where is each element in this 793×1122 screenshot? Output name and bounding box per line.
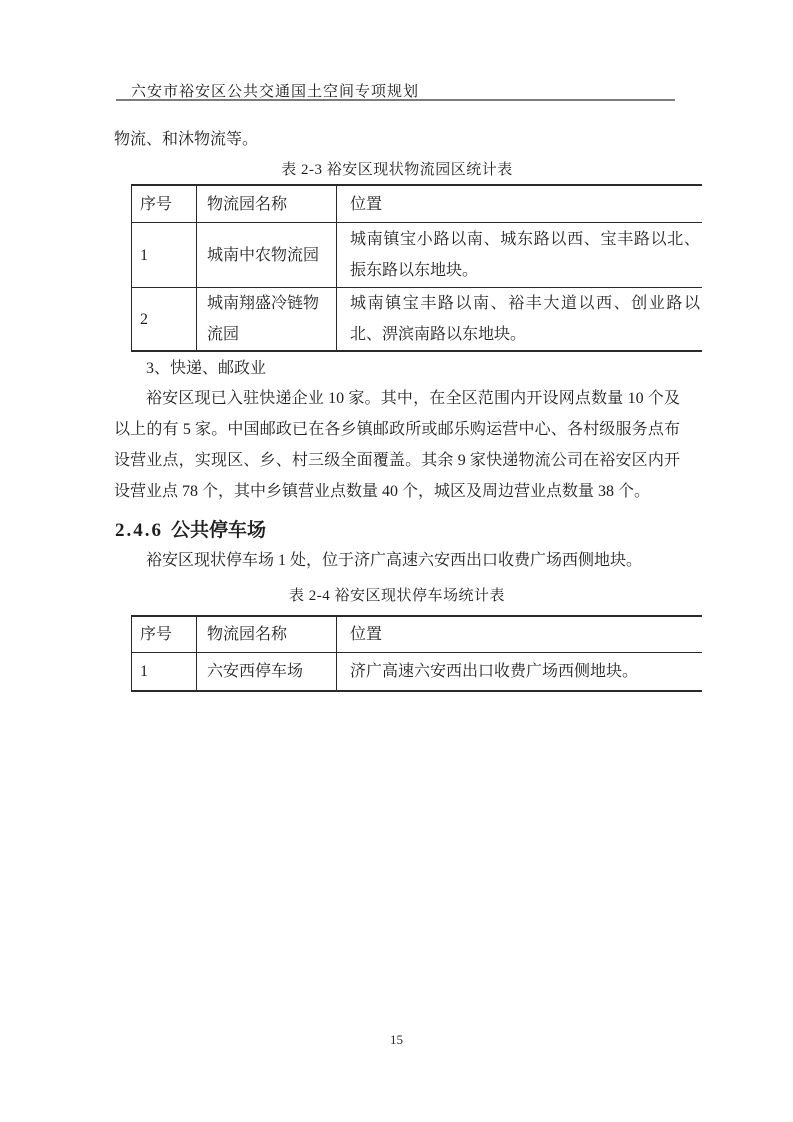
table-row: 1 城南中农物流园 城南镇宝小路以南、城东路以西、宝丰路以北、振东路以东地块。 [132, 223, 703, 288]
column-header-index: 序号 [132, 616, 197, 653]
table-header-row: 序号 物流园名称 位置 [132, 616, 703, 653]
cell-location: 城南镇宝丰路以南、裕丰大道以西、创业路以北、淠滨南路以东地块。 [337, 288, 703, 352]
subsection-title-express-postal: 3、快递、邮政业 [114, 355, 680, 383]
column-header-location: 位置 [337, 616, 703, 653]
column-header-park-name: 物流园名称 [197, 185, 337, 223]
cell-index: 1 [132, 223, 197, 288]
table-row: 1 六安西停车场 济广高速六安西出口收费广场西侧地块。 [132, 653, 703, 692]
page-number: 15 [0, 1032, 793, 1048]
table1-caption: 表 2-3 裕安区现状物流园区统计表 [114, 156, 680, 184]
column-header-index: 序号 [132, 185, 197, 223]
cell-index: 1 [132, 653, 197, 692]
page-content: 物流、和沐物流等。 表 2-3 裕安区现状物流园区统计表 序号 物流园名称 位置… [114, 124, 680, 692]
cell-park-name: 城南翔盛冷链物流园 [197, 288, 337, 352]
logistics-parks-table: 序号 物流园名称 位置 1 城南中农物流园 城南镇宝小路以南、城东路以西、宝丰路… [131, 184, 702, 352]
cell-location: 城南镇宝小路以南、城东路以西、宝丰路以北、振东路以东地块。 [337, 223, 703, 288]
cell-parking-name: 六安西停车场 [197, 653, 337, 692]
parking-lots-table: 序号 物流园名称 位置 1 六安西停车场 济广高速六安西出口收费广场西侧地块。 [131, 615, 702, 692]
table2-caption: 表 2-4 裕安区现状停车场统计表 [114, 582, 680, 610]
paragraph-express-postal: 裕安区现已入驻快递企业 10 家。其中，在全区范围内开设网点数量 10 个及以上… [114, 383, 680, 507]
table-row: 2 城南翔盛冷链物流园 城南镇宝丰路以南、裕丰大道以西、创业路以北、淠滨南路以东… [132, 288, 703, 352]
paragraph-parking: 裕安区现状停车场 1 处，位于济广高速六安西出口收费广场西侧地块。 [114, 545, 680, 576]
column-header-park-name: 物流园名称 [197, 616, 337, 653]
running-header-title: 六安市裕安区公共交通国土空间专项规划 [131, 80, 419, 101]
section-title: 公共停车场 [171, 520, 266, 541]
cell-location: 济广高速六安西出口收费广场西侧地块。 [337, 653, 703, 692]
section-number: 2.4.6 [115, 520, 163, 541]
header-rule [116, 99, 675, 101]
document-page: 六安市裕安区公共交通国土空间专项规划 物流、和沐物流等。 表 2-3 裕安区现状… [0, 0, 793, 1122]
table-header-row: 序号 物流园名称 位置 [132, 185, 703, 223]
intro-line: 物流、和沐物流等。 [114, 124, 680, 155]
section-heading-public-parking: 2.4.6公共停车场 [115, 517, 680, 545]
column-header-location: 位置 [337, 185, 703, 223]
cell-index: 2 [132, 288, 197, 352]
cell-park-name: 城南中农物流园 [197, 223, 337, 288]
